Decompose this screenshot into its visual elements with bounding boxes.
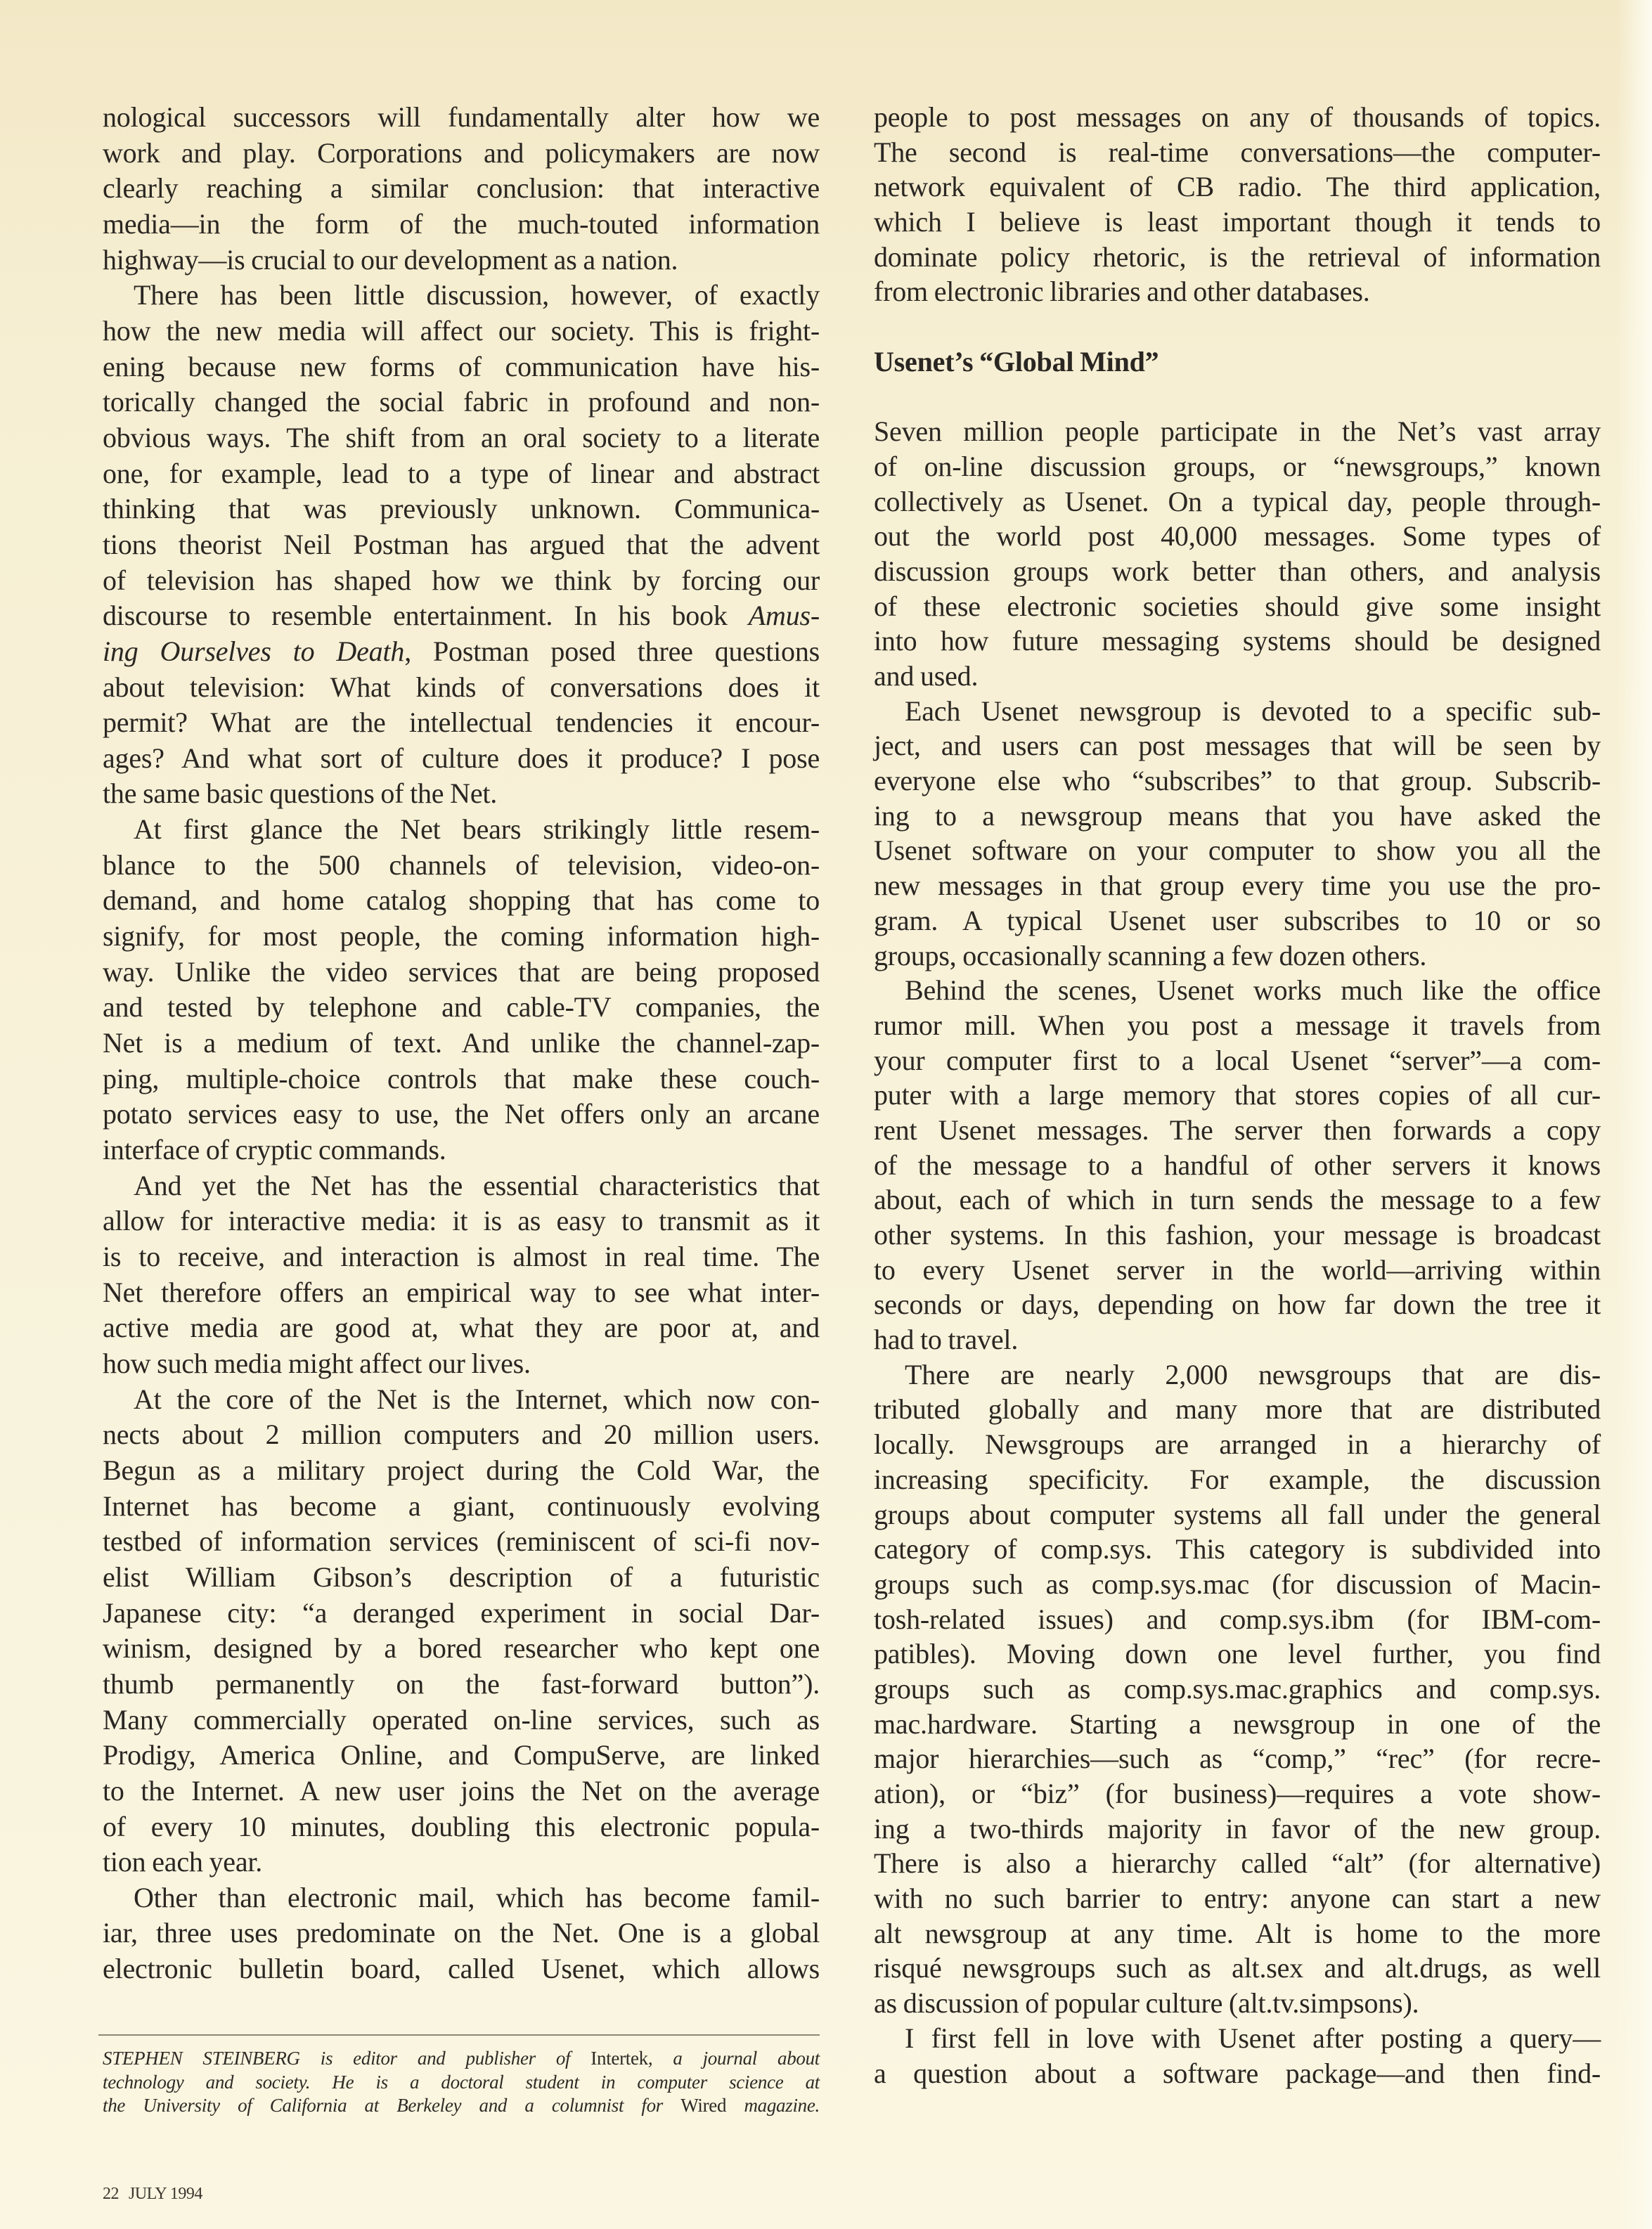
body-line: testbed of information services (reminis… xyxy=(103,1524,820,1560)
body-line: how such media might affect our lives. xyxy=(103,1346,820,1382)
body-line: of every 10 minutes, doubling this elect… xyxy=(103,1809,820,1845)
body-line: torically changed the social fabric in p… xyxy=(103,385,820,420)
paragraph-start: There are nearly 2,000 newsgroups that a… xyxy=(874,1357,1601,1393)
footnote-text: the University of California at Berkeley… xyxy=(103,2095,680,2116)
body-line: had to travel. xyxy=(874,1322,1601,1357)
body-line: a question about a software package—and … xyxy=(874,2056,1601,2091)
body-line: discussion groups work better than other… xyxy=(874,554,1601,589)
magazine-name: Wired xyxy=(680,2095,726,2116)
body-line: from electronic libraries and other data… xyxy=(874,274,1601,309)
paragraph-start: At the core of the Net is the Internet, … xyxy=(103,1382,820,1418)
body-line: ing Ourselves to Death, Postman posed th… xyxy=(103,634,820,670)
body-line: gram. A typical Usenet user subscribes t… xyxy=(874,903,1601,938)
body-line: Prodigy, America Online, and CompuServe,… xyxy=(103,1738,820,1773)
line-text: discourse to resemble entertainment. In … xyxy=(103,600,749,631)
body-line: demand, and home catalog shopping that h… xyxy=(103,883,820,919)
body-line: ages? And what sort of culture does it p… xyxy=(103,741,820,777)
body-line: tions theorist Neil Postman has argued t… xyxy=(103,527,820,563)
body-line: everyone else who “subscribes” to that g… xyxy=(874,763,1601,799)
body-line: as discussion of popular culture (alt.tv… xyxy=(874,1986,1601,2021)
page-number: 22 xyxy=(103,2185,119,2203)
heading-spacer xyxy=(874,380,1601,415)
body-line: locally. Newsgroups are arranged in a hi… xyxy=(874,1427,1601,1462)
footnote-text: , a journal about xyxy=(648,2048,820,2069)
publication-name: Intertek xyxy=(591,2048,648,2069)
body-line: groups, occasionally scanning a few doze… xyxy=(874,938,1601,974)
body-line: potato services easy to use, the Net off… xyxy=(103,1097,820,1132)
body-line: Usenet software on your computer to show… xyxy=(874,833,1601,868)
body-line: Seven million people participate in the … xyxy=(874,414,1601,449)
body-line: interface of cryptic commands. xyxy=(103,1132,820,1168)
footnote-line: STEPHEN STEINBERG is editor and publishe… xyxy=(103,2047,820,2071)
body-line: thumb permanently on the fast-forward bu… xyxy=(103,1667,820,1703)
body-line: of television has shaped how we think by… xyxy=(103,563,820,599)
body-line: The second is real-time conversations—th… xyxy=(874,135,1601,170)
body-line: nological successors will fundamentally … xyxy=(103,100,820,136)
line-text: , Postman posed three questions xyxy=(404,635,820,667)
footnote-line: technology and society. He is a doctoral… xyxy=(103,2071,820,2095)
body-line: tosh-related issues) and comp.sys.ibm (f… xyxy=(874,1602,1601,1637)
body-line: and used. xyxy=(874,659,1601,694)
body-line: which I believe is least important thoug… xyxy=(874,205,1601,240)
book-title-italic: Amus- xyxy=(749,600,820,631)
body-line: seconds or days, depending on how far do… xyxy=(874,1287,1601,1322)
body-line: There is also a hierarchy called “alt” (… xyxy=(874,1846,1601,1881)
body-line: clearly reaching a similar conclusion: t… xyxy=(103,171,820,207)
body-line: how the new media will affect our societ… xyxy=(103,314,820,349)
book-title-italic: ing Ourselves to Death xyxy=(103,635,404,667)
body-line: iar, three uses predominate on the Net. … xyxy=(103,1915,820,1951)
section-heading: Usenet’s “Global Mind” xyxy=(874,344,1601,380)
body-line: media—in the form of the much-touted inf… xyxy=(103,207,820,243)
footnote-line: the University of California at Berkeley… xyxy=(103,2094,820,2118)
body-line: discourse to resemble entertainment. In … xyxy=(103,598,820,634)
body-line: of the message to a handful of other ser… xyxy=(874,1148,1601,1183)
body-line: alt newsgroup at any time. Alt is home t… xyxy=(874,1916,1601,1951)
body-line: of these electronic societies should giv… xyxy=(874,589,1601,624)
body-line: highway—is crucial to our development as… xyxy=(103,243,820,278)
body-line: mac.hardware. Starting a newsgroup in on… xyxy=(874,1707,1601,1742)
body-line: ing a two-thirds majority in favor of th… xyxy=(874,1811,1601,1847)
body-line: Internet has become a giant, continuousl… xyxy=(103,1489,820,1525)
body-line: dominate policy rhetoric, is the retriev… xyxy=(874,240,1601,275)
body-line: category of comp.sys. This category is s… xyxy=(874,1532,1601,1567)
body-line: with no such barrier to entry: anyone ca… xyxy=(874,1881,1601,1916)
body-line: blance to the 500 channels of television… xyxy=(103,848,820,884)
body-line: allow for interactive media: it is as ea… xyxy=(103,1203,820,1239)
body-line: Net therefore offers an empirical way to… xyxy=(103,1275,820,1311)
body-line: people to post messages on any of thousa… xyxy=(874,100,1601,135)
body-line: about, each of which in turn sends the m… xyxy=(874,1182,1601,1217)
left-column: nological successors will fundamentally … xyxy=(103,100,820,1987)
body-line: tributed globally and many more that are… xyxy=(874,1392,1601,1427)
body-line: to the Internet. A new user joins the Ne… xyxy=(103,1773,820,1809)
body-line: is to receive, and interaction is almost… xyxy=(103,1239,820,1275)
issue-date: JULY 1994 xyxy=(129,2185,202,2203)
body-line: Net is a medium of text. And unlike the … xyxy=(103,1026,820,1061)
body-line: ation), or “biz” (for business)—requires… xyxy=(874,1776,1601,1811)
body-line: into how future messaging systems should… xyxy=(874,624,1601,659)
footnote-text: magazine. xyxy=(726,2095,820,2116)
body-line: nects about 2 million computers and 20 m… xyxy=(103,1417,820,1453)
paragraph-start: And yet the Net has the essential charac… xyxy=(103,1168,820,1204)
footnote-divider xyxy=(98,2034,820,2036)
right-column: people to post messages on any of thousa… xyxy=(874,100,1601,2091)
body-line: work and play. Corporations and policyma… xyxy=(103,136,820,172)
body-line: obvious ways. The shift from an oral soc… xyxy=(103,420,820,456)
body-line: ing to a newsgroup means that you have a… xyxy=(874,799,1601,834)
author-bio-footnote: STEPHEN STEINBERG is editor and publishe… xyxy=(103,2047,820,2118)
body-line: network equivalent of CB radio. The thir… xyxy=(874,169,1601,205)
paragraph-start: There has been little discussion, howeve… xyxy=(103,278,820,314)
body-line: one, for example, lead to a type of line… xyxy=(103,456,820,492)
body-line: electronic bulletin board, called Usenet… xyxy=(103,1951,820,1987)
body-line: to every Usenet server in the world—arri… xyxy=(874,1253,1601,1288)
body-line: tion each year. xyxy=(103,1844,820,1880)
body-line: permit? What are the intellectual tenden… xyxy=(103,705,820,741)
body-line: other systems. In this fashion, your mes… xyxy=(874,1217,1601,1253)
body-line: of on-line discussion groups, or “newsgr… xyxy=(874,449,1601,484)
paragraph-start: At first glance the Net bears strikingly… xyxy=(103,812,820,848)
body-line: groups such as comp.sys.mac (for discuss… xyxy=(874,1567,1601,1602)
body-line: groups about computer systems all fall u… xyxy=(874,1497,1601,1532)
paragraph-start: Other than electronic mail, which has be… xyxy=(103,1880,820,1916)
body-line: ject, and users can post messages that w… xyxy=(874,728,1601,763)
body-line: ening because new forms of communication… xyxy=(103,349,820,385)
author-name: STEPHEN STEINBERG xyxy=(103,2048,300,2069)
body-line: Begun as a military project during the C… xyxy=(103,1453,820,1489)
paragraph-start: Behind the scenes, Usenet works much lik… xyxy=(874,973,1601,1008)
body-line: collectively as Usenet. On a typical day… xyxy=(874,484,1601,519)
body-line: rumor mill. When you post a message it t… xyxy=(874,1008,1601,1043)
body-line: winism, designed by a bored researcher w… xyxy=(103,1631,820,1667)
page-folio: 22JULY 1994 xyxy=(103,2185,202,2204)
body-line: ping, multiple-choice controls that make… xyxy=(103,1061,820,1097)
paragraph-start: I first fell in love with Usenet after p… xyxy=(874,2021,1601,2056)
body-line: rent Usenet messages. The server then fo… xyxy=(874,1113,1601,1148)
body-line: major hierarchies—such as “comp,” “rec” … xyxy=(874,1741,1601,1776)
body-line: way. Unlike the video services that are … xyxy=(103,955,820,990)
body-line: the same basic questions of the Net. xyxy=(103,776,820,812)
body-line: active media are good at, what they are … xyxy=(103,1310,820,1346)
body-line: about television: What kinds of conversa… xyxy=(103,670,820,706)
body-line: elist William Gibson’s description of a … xyxy=(103,1560,820,1596)
body-line: your computer first to a local Usenet “s… xyxy=(874,1043,1601,1078)
body-line: patibles). Moving down one level further… xyxy=(874,1636,1601,1672)
body-line: increasing specificity. For example, the… xyxy=(874,1462,1601,1497)
body-line: risqué newsgroups such as alt.sex and al… xyxy=(874,1951,1601,1986)
body-line: signify, for most people, the coming inf… xyxy=(103,919,820,955)
paragraph-start: Each Usenet newsgroup is devoted to a sp… xyxy=(874,694,1601,729)
body-line: Japanese city: “a deranged experiment in… xyxy=(103,1596,820,1632)
body-line: new messages in that group every time yo… xyxy=(874,868,1601,903)
body-line: groups such as comp.sys.mac.graphics and… xyxy=(874,1672,1601,1707)
footnote-text: is editor and publisher of xyxy=(300,2048,591,2069)
body-line: thinking that was previously unknown. Co… xyxy=(103,491,820,527)
body-line: and tested by telephone and cable-TV com… xyxy=(103,990,820,1026)
body-line: out the world post 40,000 messages. Some… xyxy=(874,519,1601,554)
heading-spacer xyxy=(874,309,1601,344)
body-line: Many commercially operated on-line servi… xyxy=(103,1703,820,1738)
body-line: puter with a large memory that stores co… xyxy=(874,1078,1601,1113)
